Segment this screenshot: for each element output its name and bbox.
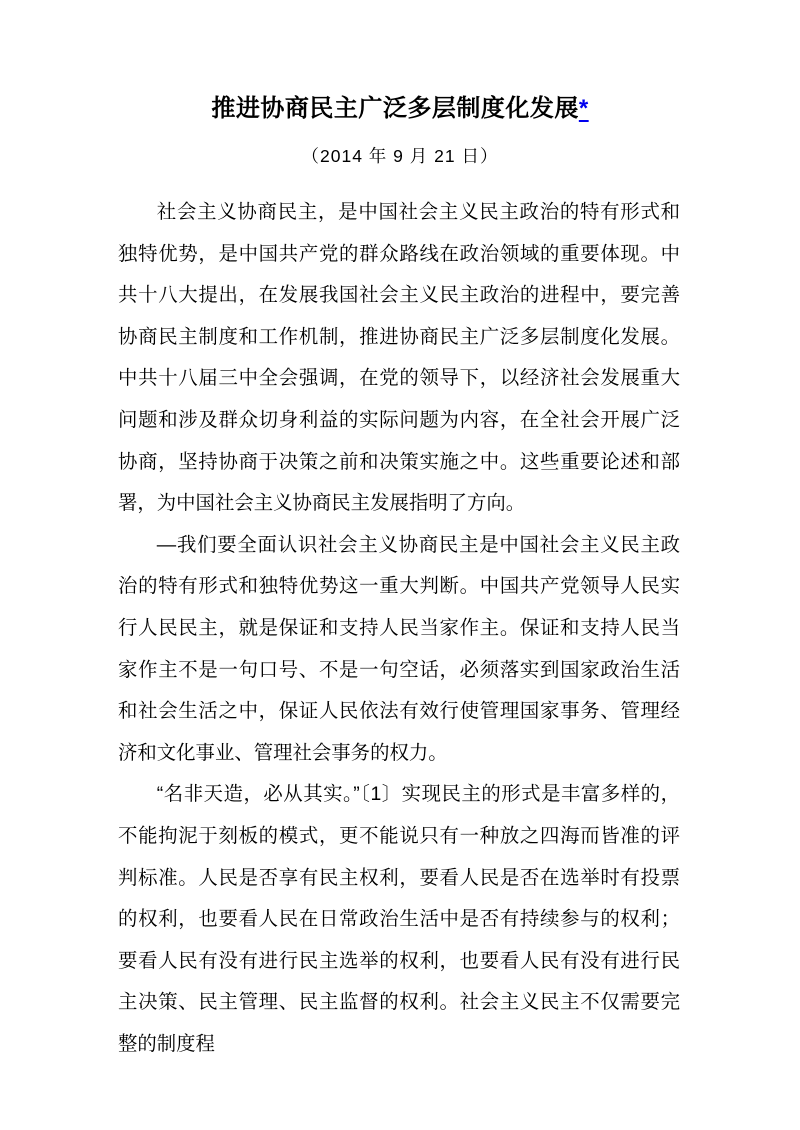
body-paragraph-1: 社会主义协商民主，是中国社会主义民主政治的特有形式和独特优势，是中国共产党的群众…: [118, 192, 680, 525]
document-date: （2014 年 9 月 21 日）: [0, 144, 800, 168]
body-paragraph-2: —我们要全面认识社会主义协商民主是中国社会主义民主政治的特有形式和独特优势这一重…: [118, 525, 680, 775]
document-body: 社会主义协商民主，是中国社会主义民主政治的特有形式和独特优势，是中国共产党的群众…: [118, 192, 680, 1065]
footnote-asterisk-link[interactable]: *: [579, 95, 589, 122]
body-paragraph-3: “名非天造，必从其实。”〔1〕实现民主的形式是丰富多样的，不能拘泥于刻板的模式，…: [118, 774, 680, 1065]
document-page: 推进协商民主广泛多层制度化发展* （2014 年 9 月 21 日） 社会主义协…: [0, 0, 800, 1130]
document-title: 推进协商民主广泛多层制度化发展*: [0, 0, 800, 124]
document-title-text: 推进协商民主广泛多层制度化发展: [211, 95, 579, 122]
